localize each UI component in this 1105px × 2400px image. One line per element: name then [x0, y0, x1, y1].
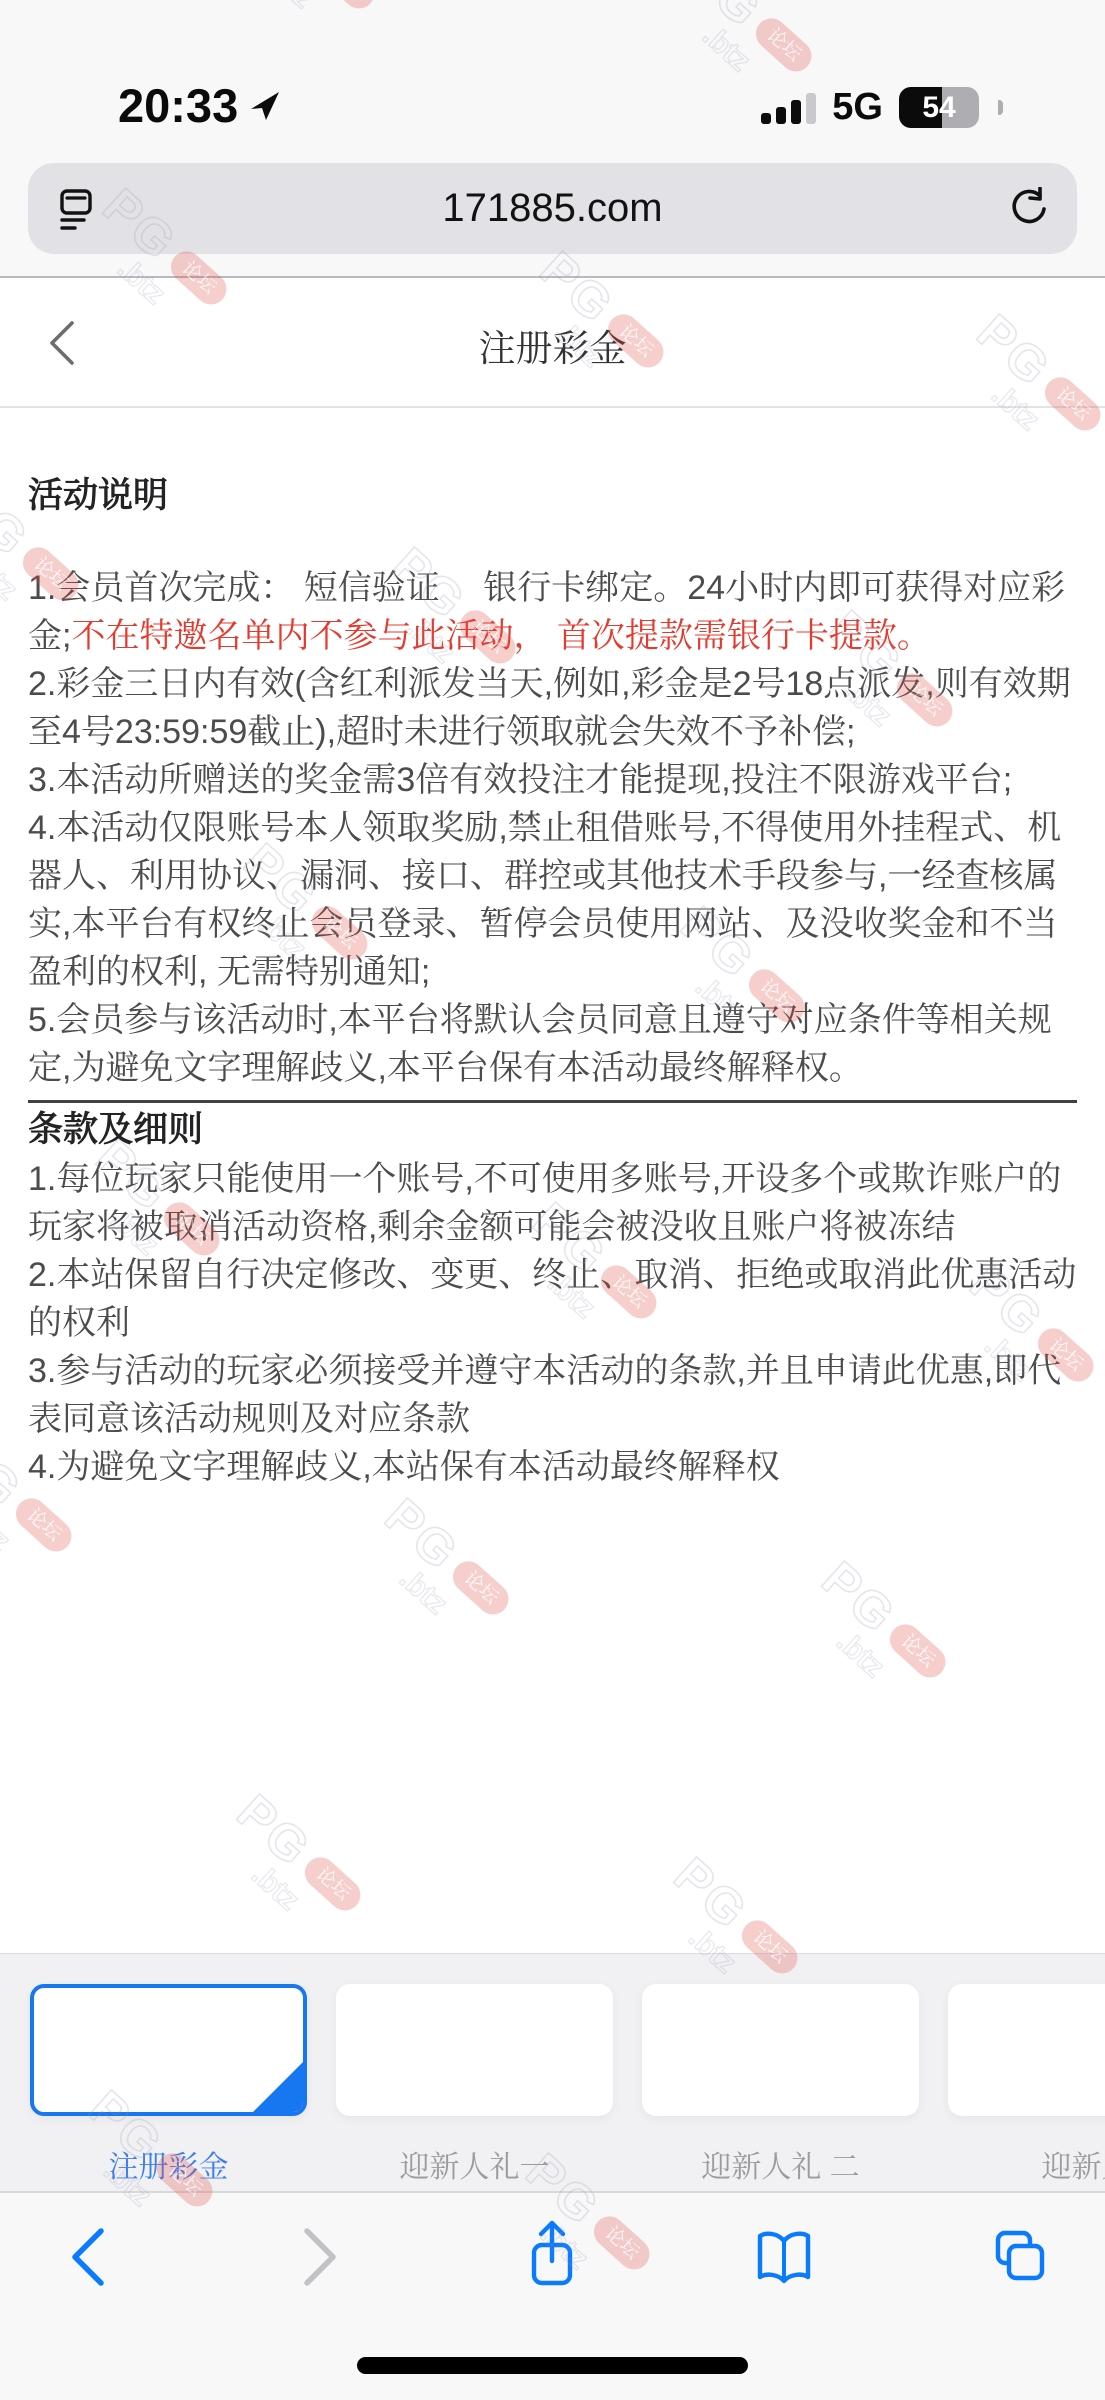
bookmarks-icon[interactable] — [752, 2229, 816, 2287]
terms-item-4: 4.为避免文字理解歧义,本站保有本活动最终解释权 — [28, 1443, 1077, 1491]
pg-forum-watermark: PG论坛.btz — [791, 1550, 962, 1716]
activity-heading: 活动说明 — [28, 472, 1077, 520]
tab-label: 迎新人 — [1042, 2142, 1105, 2186]
tabs-icon[interactable] — [984, 2227, 1048, 2287]
share-icon[interactable] — [520, 2217, 584, 2291]
page-header: 注册彩金 — [0, 280, 1105, 408]
tab-newcomer-gift-1[interactable]: 迎新人礼一 — [336, 1984, 613, 2186]
page-title: 注册彩金 — [0, 318, 1105, 372]
pg-forum-watermark: PG论坛.btz — [206, 1783, 377, 1949]
activity-item-5: 5.会员参与该活动时,本平台将默认会员同意且遵守对应条件等相关规定,为避免文字理… — [28, 996, 1077, 1092]
url-bar[interactable]: 171885.com — [28, 163, 1077, 254]
terms-heading: 条款及细则 — [28, 1105, 1077, 1155]
iphone-screenshot: 20:33 5G 54 171885 — [0, 0, 1105, 2400]
tab-card — [642, 1984, 919, 2116]
terms-item-2: 2.本站保留自行决定修改、变更、终止、取消、拒绝或取消此优惠活动的权利 — [28, 1251, 1077, 1347]
battery-icon: 54 — [899, 87, 979, 128]
refresh-icon[interactable] — [1007, 187, 1051, 231]
tab-register-bonus[interactable]: 注册彩金 — [30, 1984, 307, 2186]
browser-forward-icon[interactable] — [300, 2226, 340, 2288]
promo-tab-row[interactable]: 注册彩金 迎新人礼一 迎新人礼 二 迎新人 — [30, 1984, 1105, 2186]
network-type: 5G — [832, 86, 883, 129]
activity-item-2: 2.彩金三日内有效(含红利派发当天,例如,彩金是2号18点派发,则有效期至4号2… — [28, 660, 1077, 756]
tab-card — [948, 1984, 1105, 2116]
pg-forum-watermark: PG论坛.btz — [354, 1487, 525, 1653]
promo-content: 活动说明 1.会员首次完成： 短信验证 银行卡绑定。24小时内即可获得对应彩金;… — [0, 408, 1105, 1491]
tab-newcomer-gift-3[interactable]: 迎新人 — [948, 1984, 1105, 2186]
promo-tab-strip: 注册彩金 迎新人礼一 迎新人礼 二 迎新人 — [0, 1953, 1105, 2192]
browser-back-icon[interactable] — [68, 2226, 108, 2288]
terms-item-3: 3.参与活动的玩家必须接受并遵守本活动的条款,并且申请此优惠,即代表同意该活动规… — [28, 1347, 1077, 1443]
home-indicator — [357, 2357, 748, 2374]
browser-chrome: 20:33 5G 54 171885 — [0, 0, 1105, 278]
selected-corner-fold — [252, 2061, 304, 2113]
battery-percent: 54 — [899, 87, 979, 128]
battery-cap — [998, 100, 1003, 115]
terms-item-1: 1.每位玩家只能使用一个账号,不可使用多账号,开设多个或欺诈账户的玩家将被取消活… — [28, 1155, 1077, 1251]
signal-strength-icon — [761, 92, 816, 124]
status-bar: 20:33 5G 54 — [0, 0, 1105, 150]
activity-item-1: 1.会员首次完成： 短信验证 银行卡绑定。24小时内即可获得对应彩金;不在特邀名… — [28, 564, 1077, 660]
clock: 20:33 — [118, 78, 238, 133]
tab-card — [336, 1984, 613, 2116]
reader-icon[interactable] — [54, 187, 98, 231]
safari-toolbar — [0, 2192, 1105, 2400]
section-divider — [28, 1100, 1077, 1103]
tab-label: 注册彩金 — [109, 2142, 229, 2186]
tab-newcomer-gift-2[interactable]: 迎新人礼 二 — [642, 1984, 919, 2186]
location-arrow-icon — [248, 89, 282, 123]
activity-item-4: 4.本活动仅限账号本人领取奖励,禁止租借账号,不得使用外挂程式、机器人、利用协议… — [28, 804, 1077, 996]
activity-item-3: 3.本活动所赠送的奖金需3倍有效投注才能提现,投注不限游戏平台; — [28, 756, 1077, 804]
tab-label: 迎新人礼 二 — [701, 2142, 859, 2186]
tab-label: 迎新人礼一 — [400, 2142, 550, 2186]
address-text[interactable]: 171885.com — [98, 186, 1007, 231]
red-warning-text: 不在特邀名单内不参与此活动， 首次提款需银行卡提款。 — [71, 617, 930, 655]
tab-card — [30, 1984, 307, 2116]
